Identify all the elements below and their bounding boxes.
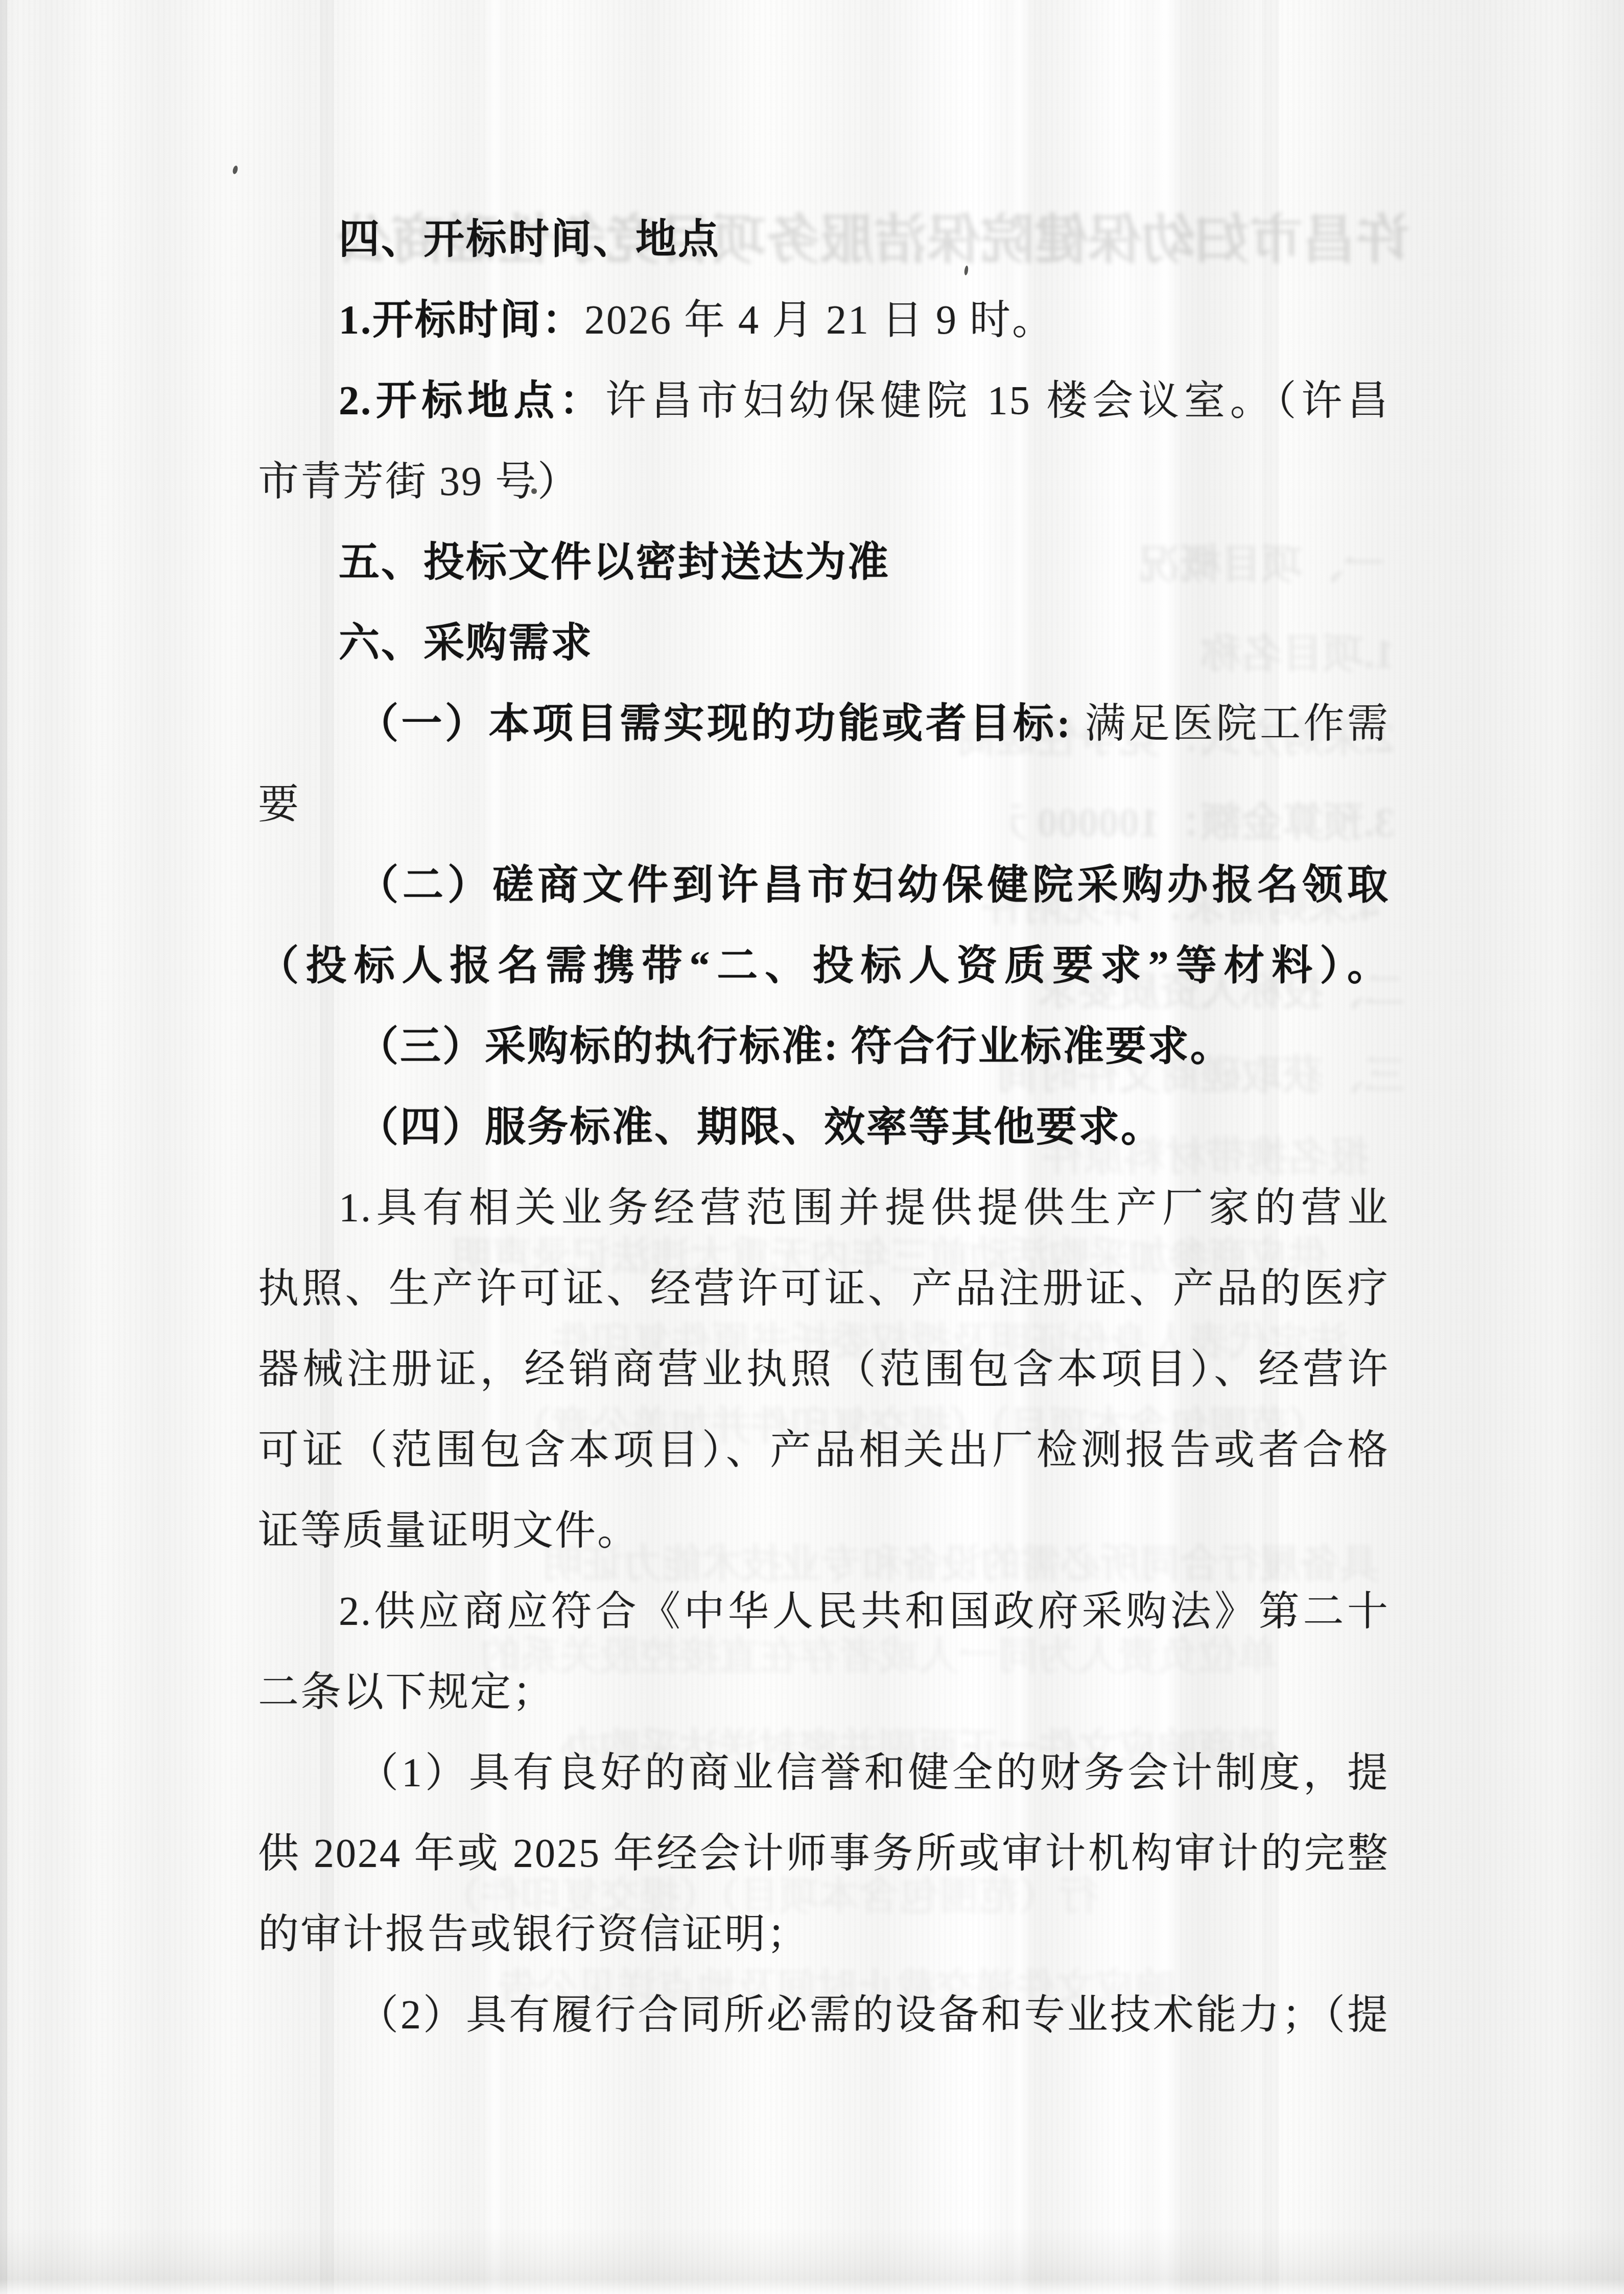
text-segment: 二条以下规定； (258, 1670, 555, 1715)
text-segment: 满足医院工作需 (1085, 701, 1390, 746)
text-segment: 执照、生产许可证、经营许可证、产品注册证、产品的医疗 (258, 1266, 1390, 1311)
text-segment: 供 2024 年或 2025 年经会计师事务所或审计机构审计的完整 (258, 1831, 1390, 1876)
text-line: 二条以下规定； (258, 1652, 1390, 1733)
text-segment: （1）具有良好的商业信誉和健全的财务会计制度，提 (358, 1751, 1390, 1795)
text-line: （一）本项目需实现的功能或者目标: 满足医院工作需 (258, 683, 1390, 764)
text-segment: （投标人报名需携带“二、投标人资质要求”等材料）。 (258, 943, 1390, 988)
text-line: 2.供应商应符合《中华人民共和国政府采购法》第二十 (258, 1571, 1390, 1652)
text-segment: 四、开标时间、地点 (339, 217, 720, 262)
text-line: 1.开标时间：2026 年 4 月 21 日 9 时。 (258, 280, 1390, 361)
text-segment: 符合行业标准要求。 (851, 1024, 1233, 1069)
text-line: （三）采购标的执行标准: 符合行业标准要求。 (258, 1006, 1390, 1087)
text-line: 执照、生产许可证、经营许可证、产品注册证、产品的医疗 (258, 1248, 1390, 1329)
text-segment: 要 (258, 782, 300, 827)
text-segment: 的审计报告或银行资信证明； (258, 1912, 809, 1957)
text-segment: （三）采购标的执行标准: (358, 1024, 851, 1069)
document-text: 四、开标时间、地点1.开标时间：2026 年 4 月 21 日 9 时。2.开标… (258, 199, 1390, 2055)
text-line: 供 2024 年或 2025 年经会计师事务所或审计机构审计的完整 (258, 1813, 1390, 1894)
text-line: 市青芳街 39 号） (258, 441, 1390, 522)
scan-edge-shadow (0, 0, 7, 2294)
text-segment: （二）磋商文件到许昌市妇幼保健院采购办报名领取 (358, 863, 1390, 908)
text-segment: 器械注册证，经销商营业执照（范围包含本项目）、经营许 (258, 1347, 1390, 1392)
text-line: 四、开标时间、地点 (258, 199, 1390, 280)
text-line: 证等质量证明文件。 (258, 1491, 1390, 1571)
text-segment: 1.具有相关业务经营范围并提供提供生产厂家的营业 (339, 1186, 1390, 1231)
scanned-document-page: 许昌市妇幼保健院保洁服务项目竞争性磋商公告一、项目概况1.项目名称2.采购方式：… (0, 0, 1624, 2294)
text-line: （四）服务标准、期限、效率等其他要求。 (258, 1087, 1390, 1168)
text-segment: （2）具有履行合同所必需的设备和专业技术能力；（提 (358, 1993, 1390, 2038)
scan-edge-shadow (0, 2228, 1624, 2294)
text-line: 器械注册证，经销商营业执照（范围包含本项目）、经营许 (258, 1329, 1390, 1410)
scan-speck (531, 488, 537, 494)
text-line: 可证（范围包含本项目）、产品相关出厂检测报告或者合格 (258, 1410, 1390, 1491)
text-segment: 可证（范围包含本项目）、产品相关出厂检测报告或者合格 (258, 1428, 1390, 1473)
text-segment: 2.开标地点： (339, 379, 605, 423)
text-segment: 1.开标时间： (339, 298, 584, 343)
text-segment: （四）服务标准、期限、效率等其他要求。 (358, 1105, 1163, 1150)
text-line: 2.开标地点：许昌市妇幼保健院 15 楼会议室。（许昌 (258, 361, 1390, 441)
text-line: 要 (258, 764, 1390, 845)
scan-speck (232, 165, 239, 175)
text-line: 五、投标文件以密封送达为准 (258, 522, 1390, 603)
text-line: （投标人报名需携带“二、投标人资质要求”等材料）。 (258, 926, 1390, 1006)
text-segment: 市青芳街 39 号） (258, 459, 580, 504)
text-segment: 六、采购需求 (339, 621, 593, 666)
text-line: 的审计报告或银行资信证明； (258, 1894, 1390, 1975)
text-line: （二）磋商文件到许昌市妇幼保健院采购办报名领取 (258, 845, 1390, 926)
text-segment: （一）本项目需实现的功能或者目标: (358, 701, 1085, 746)
text-line: 1.具有相关业务经营范围并提供提供生产厂家的营业 (258, 1168, 1390, 1248)
text-segment: 证等质量证明文件。 (258, 1508, 640, 1553)
text-segment: 2.供应商应符合《中华人民共和国政府采购法》第二十 (339, 1589, 1390, 1634)
text-line: （1）具有良好的商业信誉和健全的财务会计制度，提 (258, 1733, 1390, 1813)
text-segment: 许昌市妇幼保健院 15 楼会议室。（许昌 (605, 379, 1390, 423)
text-segment: 五、投标文件以密封送达为准 (339, 540, 890, 585)
text-line: （2）具有履行合同所必需的设备和专业技术能力；（提 (258, 1975, 1390, 2055)
text-segment: 2026 年 4 月 21 日 9 时。 (584, 298, 1054, 343)
text-line: 六、采购需求 (258, 603, 1390, 683)
